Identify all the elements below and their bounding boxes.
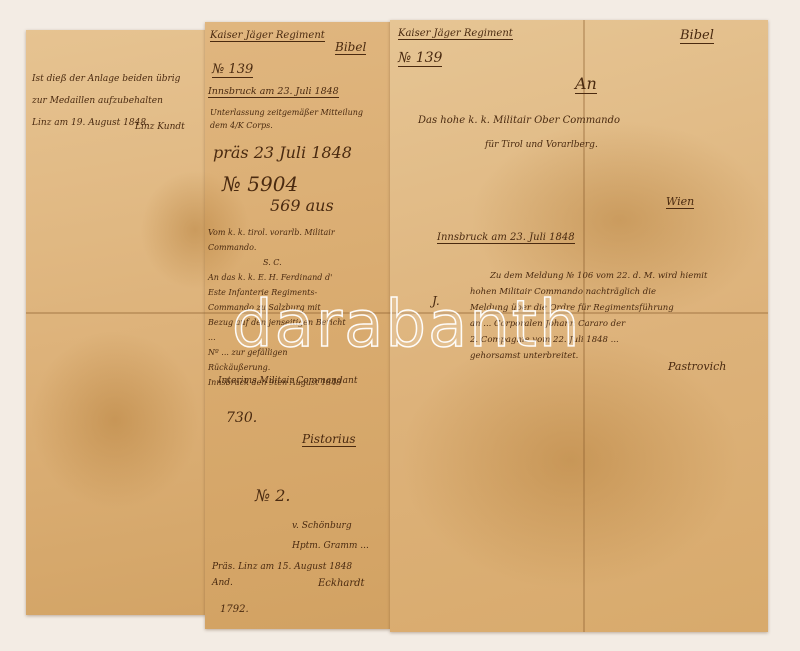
right-signature: Pastrovich: [668, 360, 726, 373]
middle-subject: Unterlassung zeitgemäßer Mitteilung dem …: [210, 106, 363, 132]
right-addressee-line-2: für Tirol und Vorarlberg.: [485, 140, 598, 150]
right-addressee-label: An: [575, 74, 597, 94]
right-header: Kaiser Jäger Regiment: [398, 28, 513, 40]
middle-date-line: Innsbruck am 23. Juli 1848: [208, 86, 339, 98]
right-header-right: Bibel: [680, 28, 714, 44]
middle-signature: Pistorius: [302, 432, 356, 447]
middle-mark: 730.: [226, 410, 257, 426]
right-place: Wien: [666, 195, 694, 209]
middle-footer-no: № 2.: [255, 486, 291, 505]
left-signature: Linz Kundt: [135, 122, 185, 132]
middle-footer-sign: Eckhardt: [318, 578, 365, 589]
right-number: № 139: [398, 50, 442, 67]
right-addressee-line-1: Das hohe k. k. Militair Ober Commando: [418, 115, 620, 126]
middle-closing: Interims Militair Commandant: [218, 376, 357, 386]
middle-footer-number: 1792.: [220, 604, 249, 615]
right-date-line: Innsbruck am 23. Juli 1848: [437, 232, 575, 244]
middle-header-right: Bibel: [335, 40, 366, 55]
middle-header: Kaiser Jäger Regiment: [210, 30, 325, 42]
middle-number: № 139: [212, 62, 253, 78]
middle-footer-abbr: And.: [212, 578, 233, 588]
watermark: darabanth: [232, 288, 581, 362]
water-stain: [30, 330, 200, 510]
middle-ref-number: № 5904: [222, 172, 298, 196]
middle-praes: präs 23 Juli 1848: [213, 143, 352, 162]
middle-footer-place: Präs. Linz am 15. August 1848: [212, 562, 352, 572]
middle-footer-lines: v. Schönburg Hptm. Gramm ...: [292, 516, 369, 556]
middle-ref-sub: 569 aus: [270, 196, 334, 215]
